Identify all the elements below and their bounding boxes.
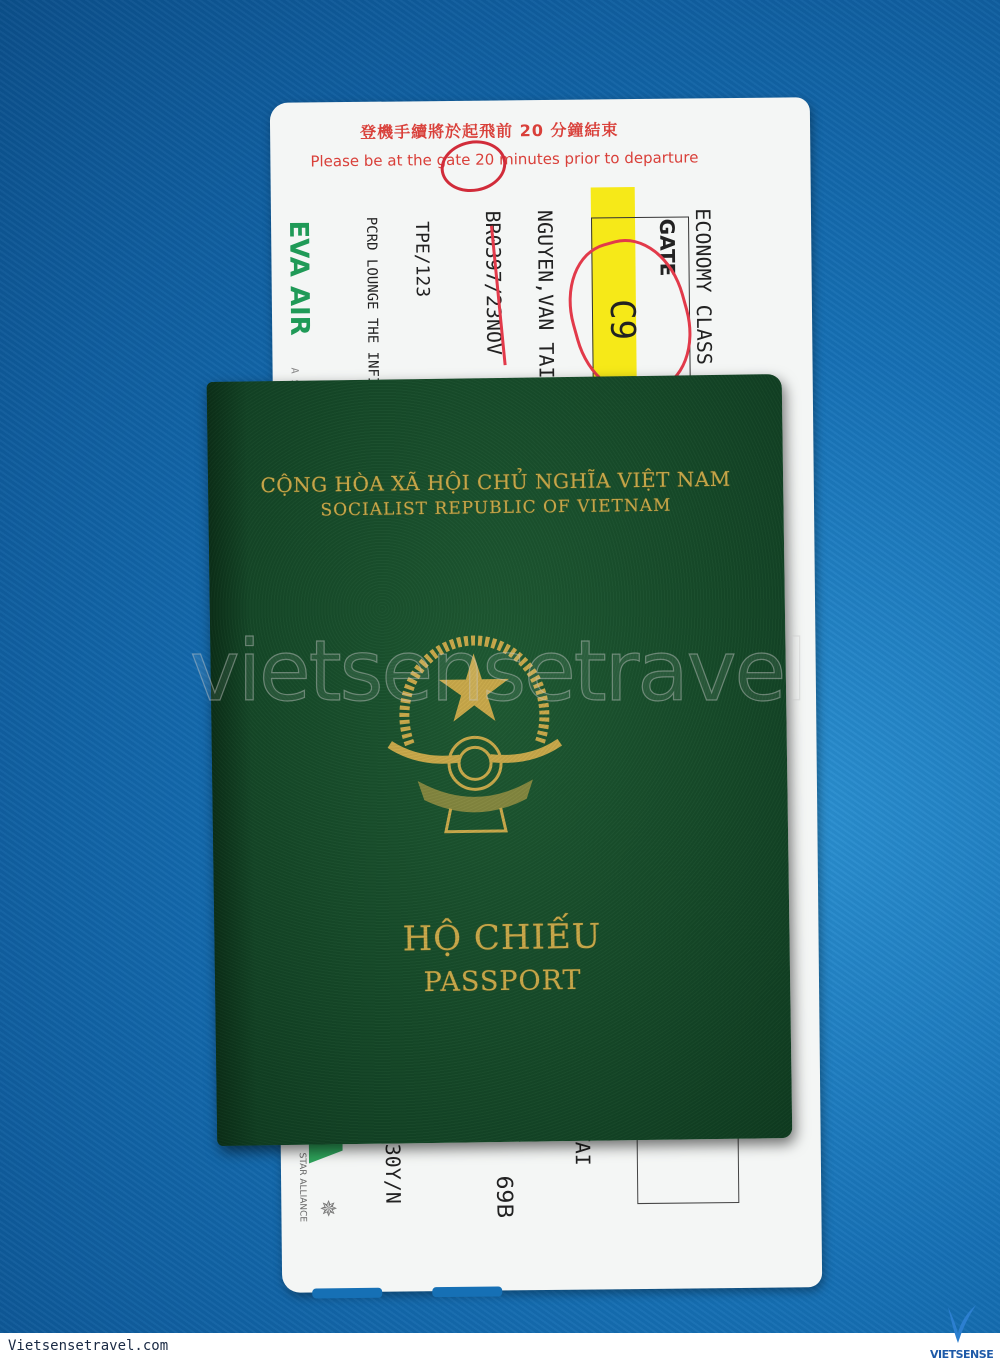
notice-chinese: 登機手續將於起飛前 20 分鐘結束 xyxy=(360,117,619,143)
passport-title-vietnamese: HỘ CHIẾU xyxy=(214,914,790,962)
route: TPE/123 xyxy=(411,221,433,297)
watermark: vietsensetravel xyxy=(190,622,830,720)
country-english: SOCIALIST REPUBLIC OF VIETNAM xyxy=(208,494,783,522)
footer-url[interactable]: Vietsensetravel.com xyxy=(8,1338,168,1354)
passport: CỘNG HÒA XÃ HỘI CHỦ NGHĨA VIỆT NAM SOCIA… xyxy=(207,374,793,1146)
stub-seat: 69B xyxy=(491,1175,516,1218)
star-alliance-label: STAR ALLIANCE xyxy=(297,1153,308,1223)
cabin-class: ECONOMY CLASS xyxy=(691,208,717,365)
eva-air-logo: EVA AIR xyxy=(283,220,314,335)
star-alliance-icon: ✵ xyxy=(319,1197,338,1222)
vietsense-logo: VIETSENSE xyxy=(930,1303,990,1363)
footer-bar: Vietsensetravel.com VIETSENSE xyxy=(0,1333,1000,1363)
ticket-notch xyxy=(432,1286,502,1297)
passenger-name: NGUYEN,VAN TAI xyxy=(533,210,559,379)
country-vietnamese: CỘNG HÒA XÃ HỘI CHỦ NGHĨA VIỆT NAM xyxy=(208,466,783,498)
vietsense-swoosh-icon xyxy=(944,1303,978,1347)
handwritten-circle-mark xyxy=(436,135,510,197)
footer-brand: VIETSENSE xyxy=(930,1348,990,1361)
boarding-notice: 登機手續將於起飛前 20 分鐘結束 Please be at the gate … xyxy=(270,98,741,193)
ticket-notch xyxy=(312,1288,382,1299)
passport-title-english: PASSPORT xyxy=(215,962,790,1001)
